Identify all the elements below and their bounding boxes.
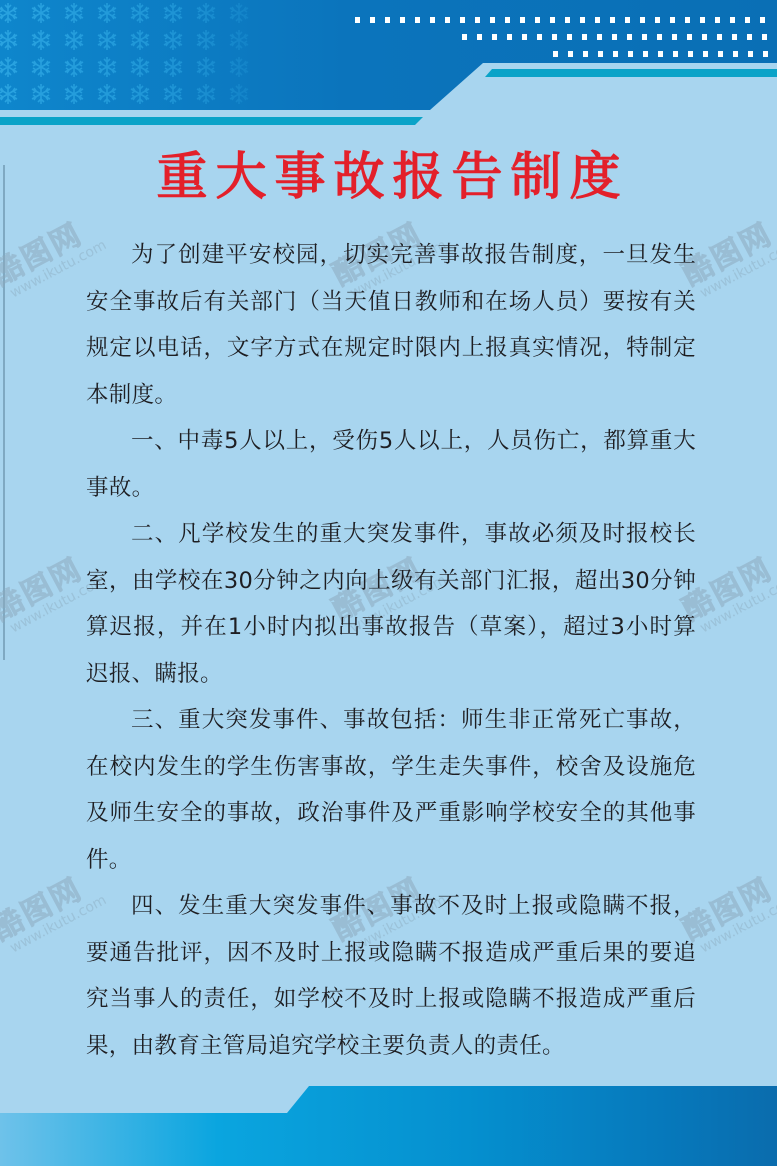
clause-2: 二、凡学校发生的重大突发事件，事故必须及时报校长室，由学校在30分钟之内向上级有… bbox=[86, 511, 696, 697]
clause-3: 三、重大突发事件、事故包括：师生非正常死亡事故，在校内发生的学生伤害事故，学生走… bbox=[86, 697, 696, 883]
footer-decoration bbox=[0, 1080, 777, 1166]
clause-1: 一、中毒5人以上，受伤5人以上，人员伤亡，都算重大事故。 bbox=[86, 418, 696, 511]
poster: 酷图网www.ikutu.com 酷图网www.ikutu.com 酷图网www… bbox=[0, 0, 777, 1166]
intro-paragraph: 为了创建平安校园，切实完善事故报告制度，一旦发生安全事故后有关部门（当天值日教师… bbox=[86, 232, 696, 418]
left-edge-rule bbox=[3, 165, 5, 660]
clause-4: 四、发生重大突发事件、事故不及时上报或隐瞒不报，要通告批评，因不及时上报或隐瞒不… bbox=[86, 883, 696, 1069]
page-title: 重大事故报告制度 bbox=[0, 143, 777, 213]
regulation-body: 为了创建平安校园，切实完善事故报告制度，一旦发生安全事故后有关部门（当天值日教师… bbox=[86, 232, 696, 1069]
header-decoration bbox=[0, 0, 777, 130]
